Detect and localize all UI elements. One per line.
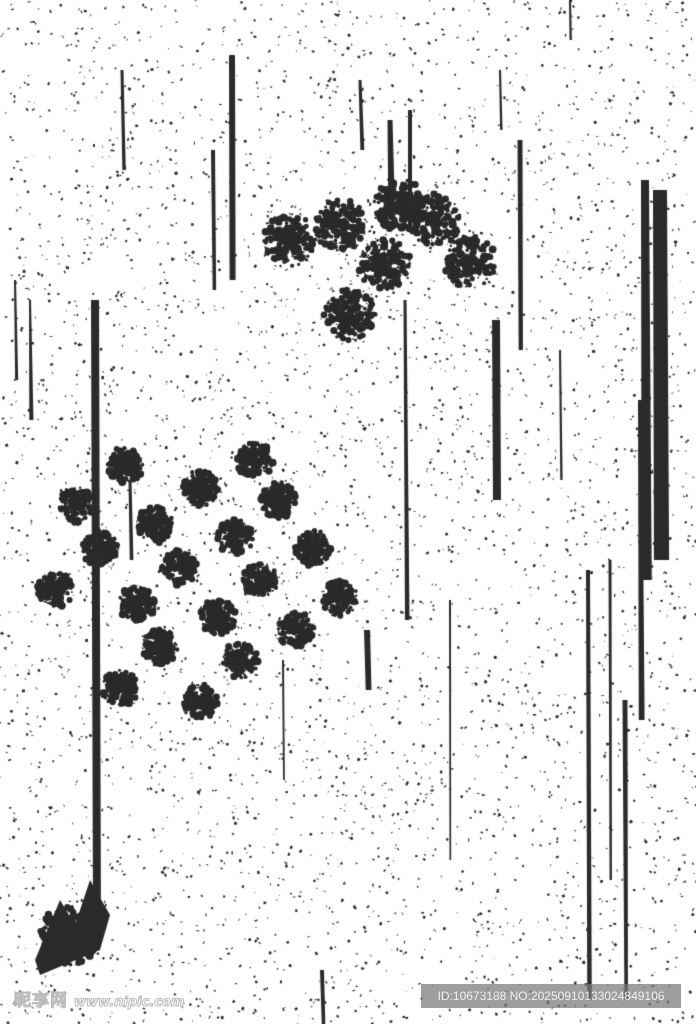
watermark-id-badge: ID:10673188 NO:20250910133024849106 [421, 984, 681, 1008]
grunge-texture [0, 0, 696, 1024]
watermark-logo-text: 昵享网 [14, 991, 68, 1011]
watermark-url: www.nipic.com [74, 995, 184, 1010]
watermark-logo: 昵享网www.nipic.com [14, 986, 184, 1011]
